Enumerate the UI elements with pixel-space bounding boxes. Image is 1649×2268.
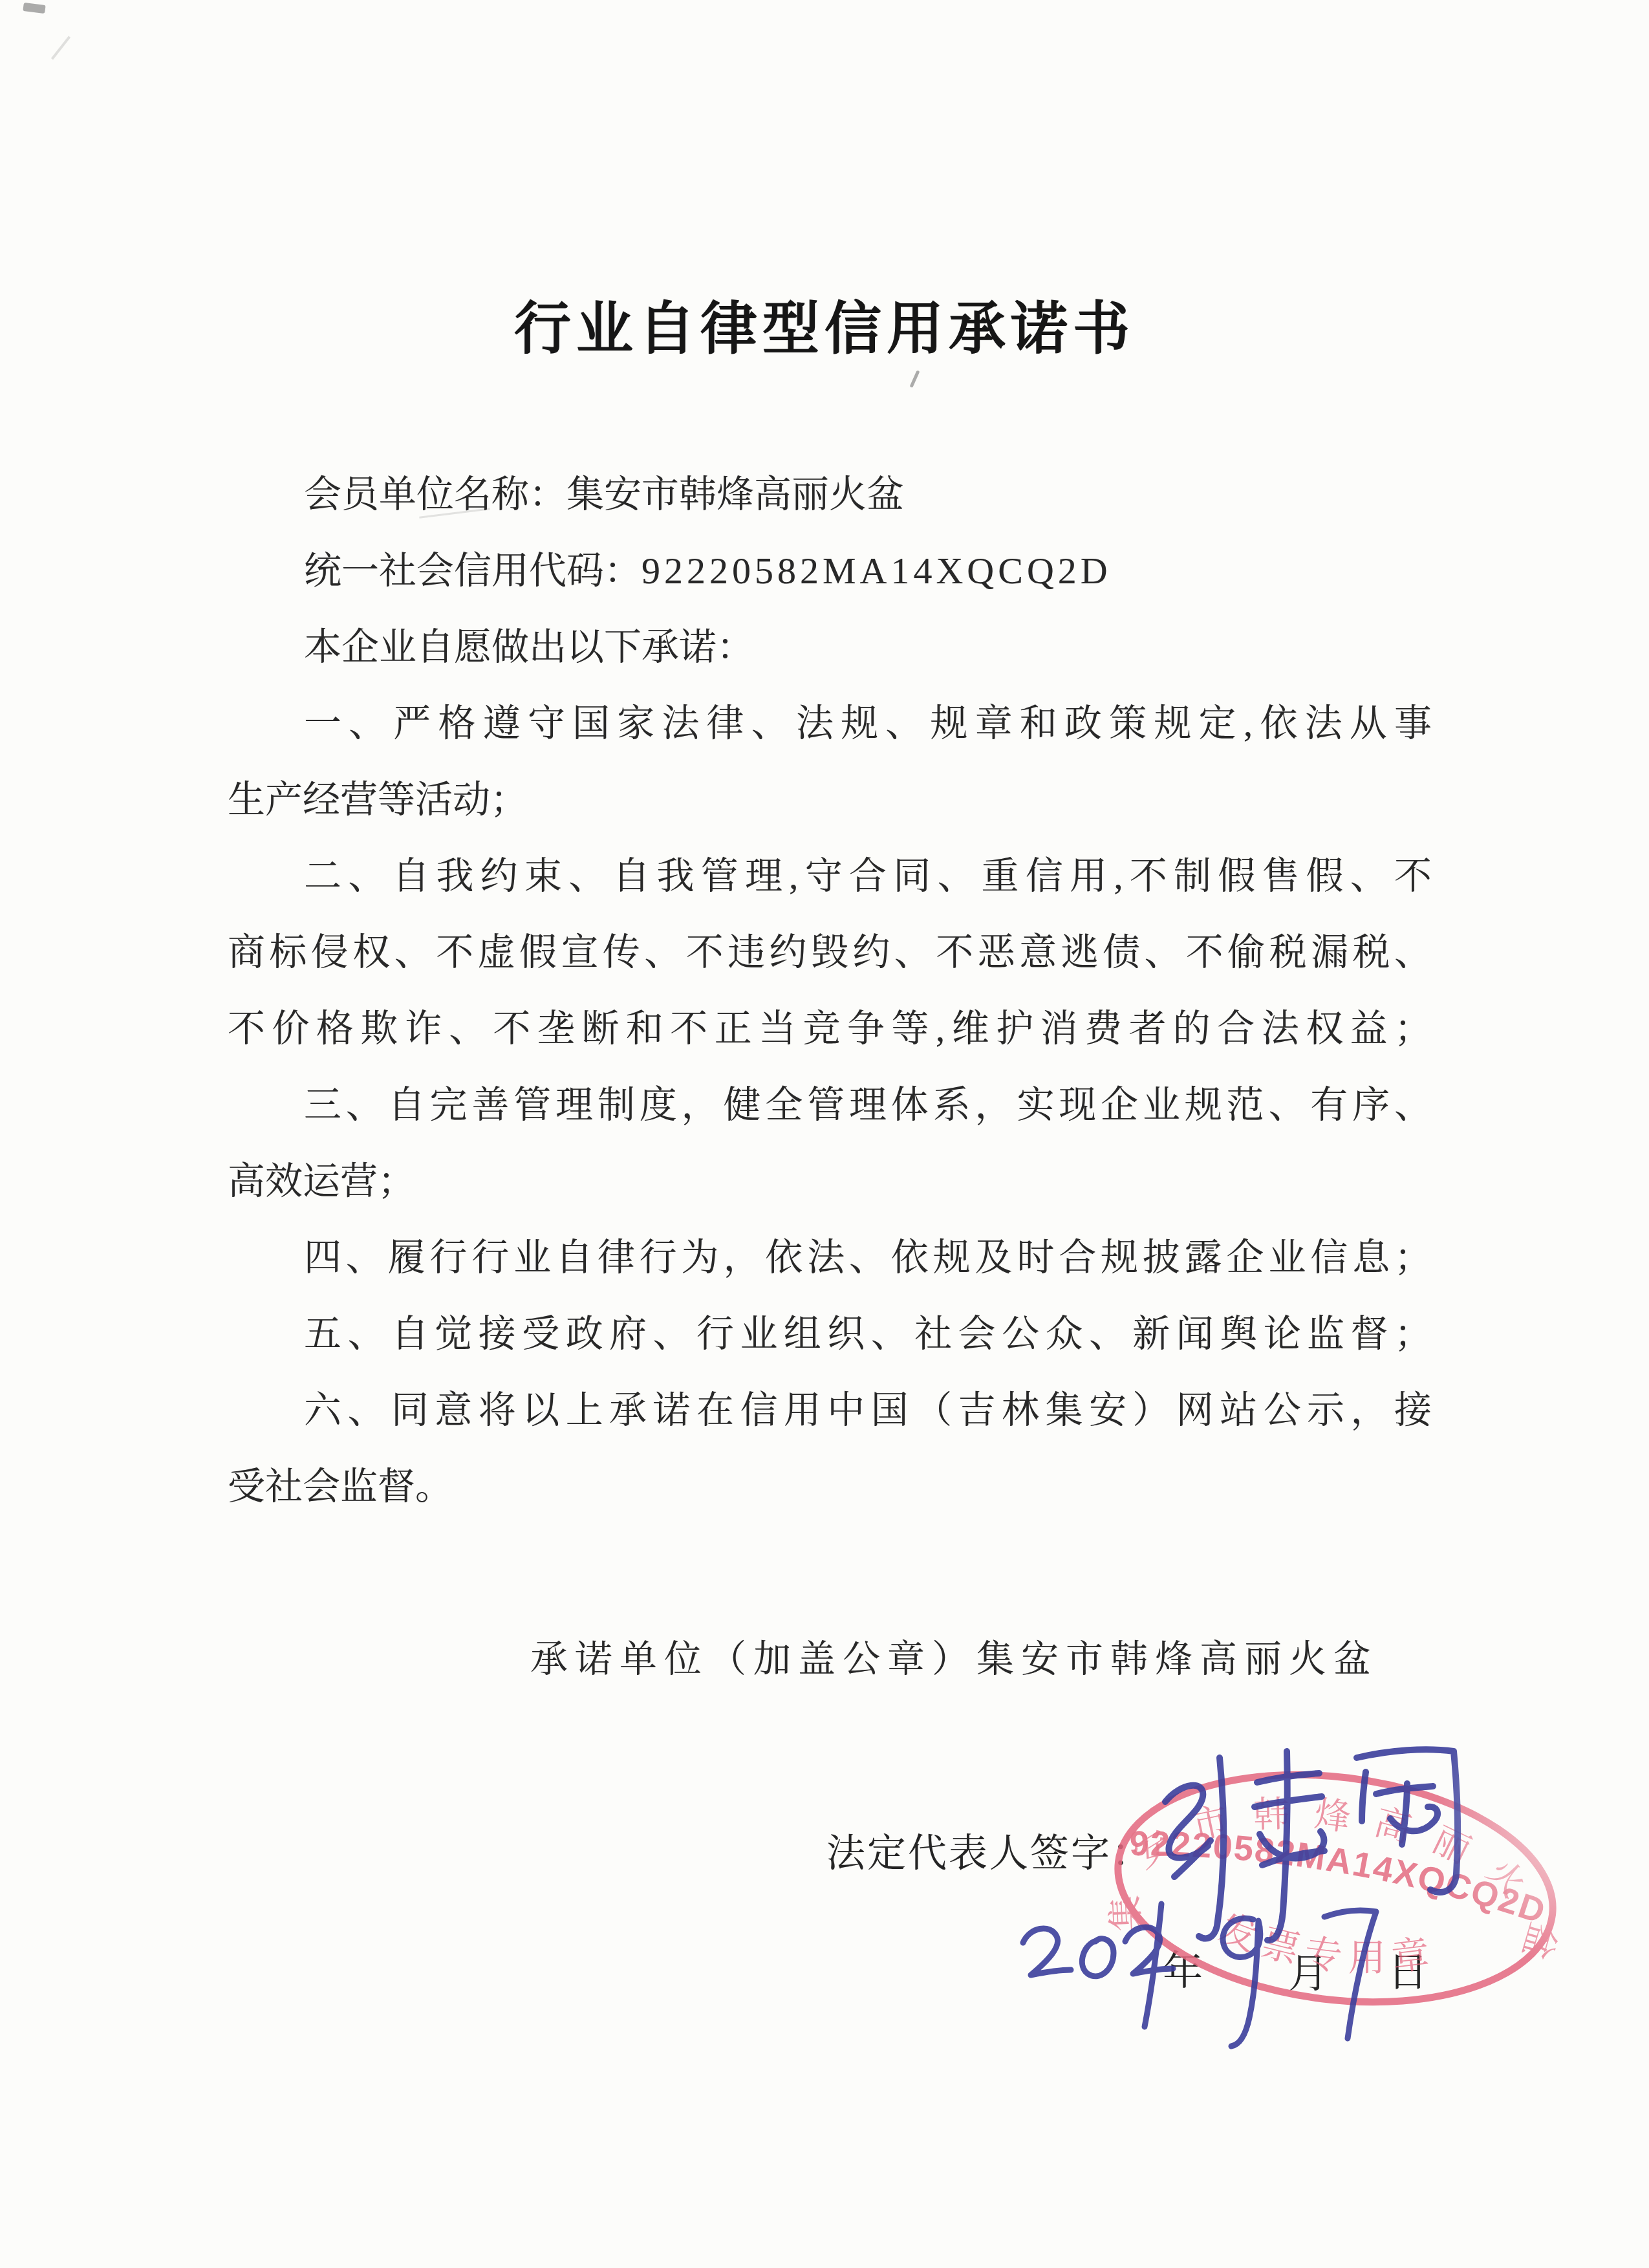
handwritten-month (1223, 1918, 1260, 2046)
body-line-clause6a: 六、同意将以上承诺在信用中国（吉林集安）网站公示，接 (228, 1372, 1432, 1449)
body-line-clause3a: 三、自完善管理制度，健全管理体系，实现企业规范、有序、 (228, 1067, 1432, 1143)
body-line-clause3b: 高效运营； (228, 1143, 1432, 1220)
body-line-clause4: 四、履行行业自律行为，依法、依规及时合规披露企业信息； (228, 1220, 1432, 1296)
body-line-member-name: 会员单位名称：集安市韩烽高丽火盆 (228, 457, 1432, 533)
body-line-clause2c: 不价格欺诈、不垄断和不正当竞争等,维护消费者的合法权益； (228, 991, 1432, 1067)
scanned-document-page: 行业自律型信用承诺书 会员单位名称：集安市韩烽高丽火盆 统一社会信用代码：922… (0, 0, 1649, 2268)
credit-code-label: 统一社会信用代码： (304, 550, 641, 592)
date-month-label: 月 (1288, 1941, 1328, 1999)
body-line-clause2b: 商标侵权、不虚假宣传、不违约毁约、不恶意逃债、不偷税漏税、 (228, 914, 1432, 991)
scan-artifact (910, 370, 920, 388)
body-line-clause1b: 生产经营等活动； (228, 762, 1432, 838)
body-line-credit-code: 统一社会信用代码：92220582MA14XQCQ2D (228, 533, 1432, 609)
date-year-label: 年 (1163, 1939, 1203, 1996)
scan-artifact (23, 3, 45, 14)
document-body: 会员单位名称：集安市韩烽高丽火盆 统一社会信用代码：92220582MA14XQ… (228, 457, 1432, 1525)
handwritten-day (1324, 1910, 1376, 2038)
body-line-clause6b: 受社会监督。 (228, 1449, 1432, 1525)
credit-code-value: 92220582MA14XQCQ2D (641, 550, 1112, 592)
body-line-clause1a: 一、严格遵守国家法律、法规、规章和政策规定,依法从事 (228, 686, 1432, 762)
body-line-clause5: 五、自觉接受政府、行业组织、社会公众、新闻舆论监督； (228, 1296, 1432, 1372)
document-title: 行业自律型信用承诺书 (0, 283, 1649, 365)
legal-rep-signature-label: 法定代表人签字： (826, 1822, 1152, 1878)
signature-handwriting (1165, 1749, 1458, 1940)
body-line-clause2a: 二、自我约束、自我管理,守合同、重信用,不制假售假、不 (228, 838, 1432, 914)
commitment-unit-line: 承诺单位（加盖公章）集安市韩烽高丽火盆 (530, 1628, 1378, 1683)
seal-fade-overlay (1436, 1669, 1649, 1966)
date-day-label: 日 (1388, 1940, 1428, 1998)
handwritten-year (1023, 1904, 1173, 2027)
body-line-intro: 本企业自愿做出以下承诺： (228, 609, 1432, 686)
scan-artifact (51, 36, 70, 59)
